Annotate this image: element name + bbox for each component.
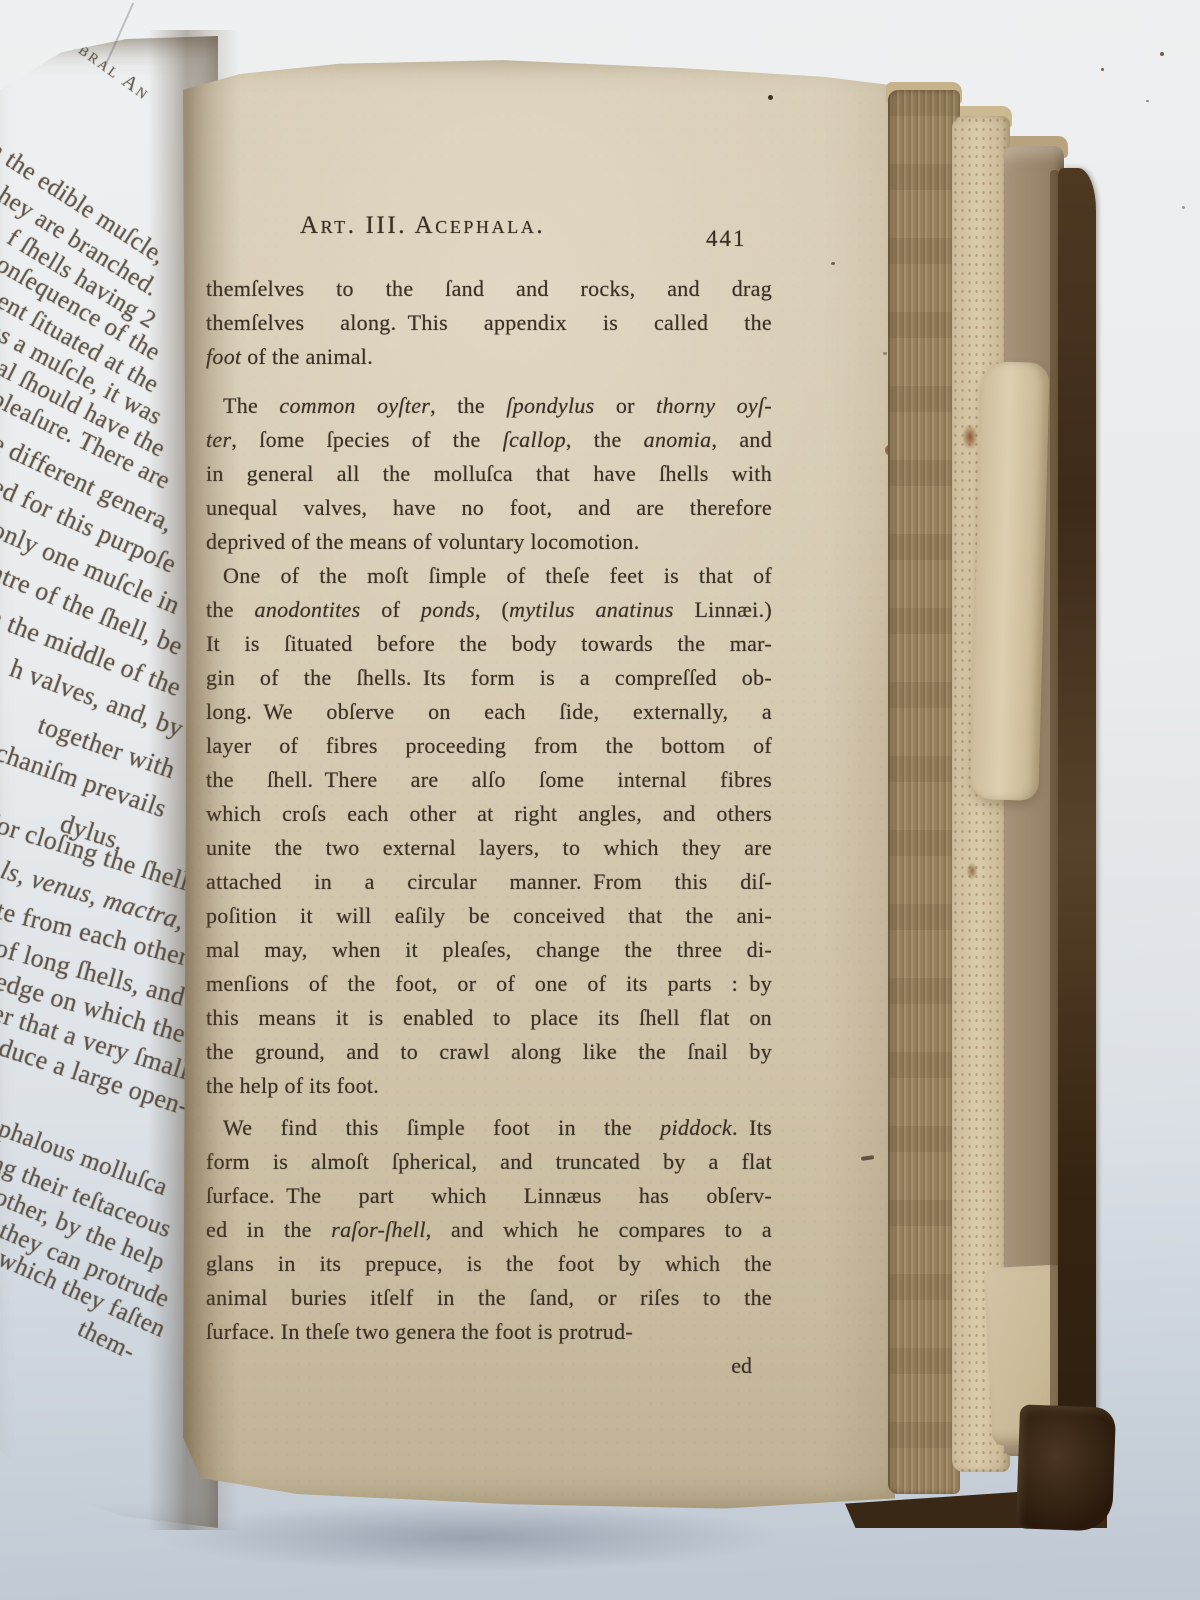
- text-line: One of the moſt ſimple of theſe feet is …: [206, 559, 772, 593]
- leather-cover-edge: [1058, 168, 1096, 1468]
- edge-stain: [962, 424, 978, 450]
- backdrop-speck: [1182, 206, 1185, 209]
- page-text: themſelves to the ſand and rocks, and dr…: [206, 272, 772, 1383]
- text-line: in general all the molluſca that have ſh…: [206, 457, 772, 491]
- leather-corner: [1016, 1404, 1116, 1531]
- ink-speck: [768, 95, 773, 100]
- page-number: 441: [706, 226, 747, 252]
- text-line: We find this ſimple foot in the piddock.…: [206, 1111, 772, 1145]
- text-line: poſition it will eaſily be conceived tha…: [206, 899, 772, 933]
- catchword: ed: [206, 1349, 772, 1383]
- text-line: the ground, and to crawl along like the …: [206, 1035, 772, 1069]
- text-line: the anodontites of ponds, (mytilus anati…: [206, 593, 772, 627]
- text-line: gin of the ſhells. Its form is a compreſ…: [206, 661, 772, 695]
- text-line: mal may, when it pleaſes, change the thr…: [206, 933, 772, 967]
- book-photo: ion of Invertebral An . In the edible mu…: [0, 0, 1200, 1600]
- text-line: the ſhell. There are alſo ſome internal …: [206, 763, 772, 797]
- text-line: themſelves to the ſand and rocks, and dr…: [206, 272, 772, 306]
- text-line: unite the two external layers, to which …: [206, 831, 772, 865]
- ink-speck: [831, 262, 835, 265]
- backdrop-speck: [1101, 68, 1104, 71]
- fore-edge-streaked-band: [888, 90, 960, 1494]
- text-line: glans in its prepuce, is the foot by whi…: [206, 1247, 772, 1281]
- book-shadow: [160, 1502, 780, 1572]
- text-line: layer of fibres proceeding from the bott…: [206, 729, 772, 763]
- text-line: menſions of the foot, or of one of its p…: [206, 967, 772, 1001]
- text-line: ed in the raſor-ſhell, and which he comp…: [206, 1213, 772, 1247]
- text-line: long. We obſerve on each ſide, externall…: [206, 695, 772, 729]
- text-line: which croſs each other at right angles, …: [206, 797, 772, 831]
- page-header: Art. III. Acephala.: [300, 212, 545, 240]
- text-line: It is ſituated before the body towards t…: [206, 627, 772, 661]
- text-line: form is almoſt ſpherical, and truncated …: [206, 1145, 772, 1179]
- text-line: The common oyſter, the ſpondylus or thor…: [206, 389, 772, 423]
- text-line: this means it is enabled to place its ſh…: [206, 1001, 772, 1035]
- text-line: the help of its foot.: [206, 1069, 772, 1103]
- text-line: ter, ſome ſpecies of the ſcallop, the an…: [206, 423, 772, 457]
- text-line: unequal valves, have no foot, and are th…: [206, 491, 772, 525]
- text-line: ſurface. The part which Linnæus has obſe…: [206, 1179, 772, 1213]
- protruding-page-curl: [970, 361, 1049, 801]
- text-line: ſurface. In theſe two genera the foot is…: [206, 1315, 772, 1349]
- backdrop-speck: [1160, 52, 1164, 56]
- ink-speck: [883, 352, 887, 355]
- text-line: themſelves along. This appendix is calle…: [206, 306, 772, 340]
- text-line: attached in a circular manner. From this…: [206, 865, 772, 899]
- left-running-title: ion of Invertebral An: [0, 36, 155, 106]
- edge-stain: [966, 862, 978, 880]
- text-line: deprived of the means of voluntary locom…: [206, 525, 772, 559]
- text-line: foot of the animal.: [206, 340, 772, 374]
- text-line: animal buries itſelf in the ſand, or riſ…: [206, 1281, 772, 1315]
- backdrop-speck: [1146, 100, 1149, 102]
